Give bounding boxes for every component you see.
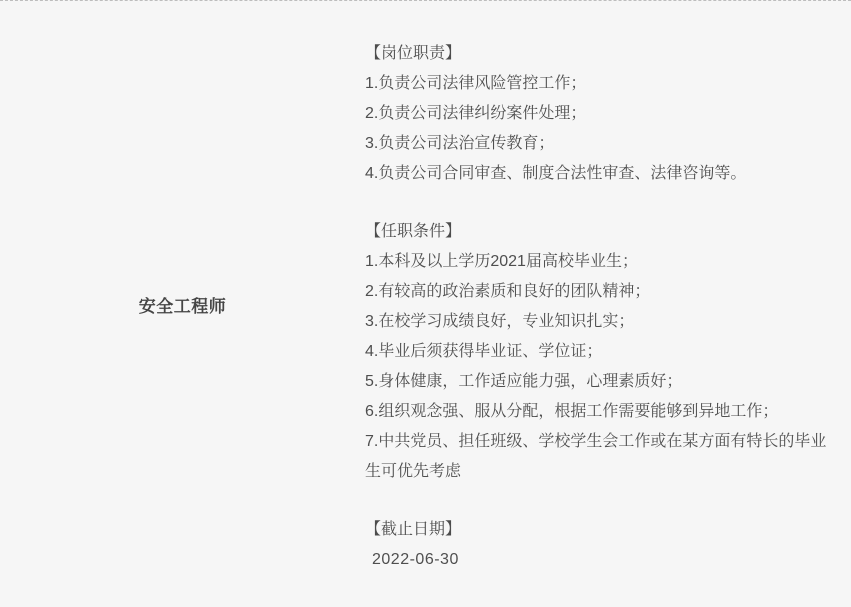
section-heading-requirements: 【任职条件】: [365, 217, 839, 247]
job-title: 安全工程师: [139, 292, 227, 317]
section-deadline: 【截止日期】 2022-06-30: [365, 515, 839, 575]
section-responsibilities: 【岗位职责】 1.负责公司法律风险管控工作； 2.负责公司法律纠纷案件处理； 3…: [365, 39, 839, 189]
responsibility-item: 2.负责公司法律纠纷案件处理；: [365, 99, 839, 129]
requirement-item: 3.在校学习成绩良好，专业知识扎实；: [365, 307, 839, 337]
job-title-column: 安全工程师: [0, 1, 365, 607]
responsibility-item: 1.负责公司法律风险管控工作；: [365, 69, 839, 99]
requirement-item: 1.本科及以上学历2021届高校毕业生；: [365, 247, 839, 277]
responsibility-item: 3.负责公司法治宣传教育；: [365, 129, 839, 159]
requirement-item: 2.有较高的政治素质和良好的团队精神；: [365, 277, 839, 307]
deadline-date: 2022-06-30: [365, 545, 839, 575]
requirement-item: 6.组织观念强、服从分配，根据工作需要能够到异地工作；: [365, 397, 839, 427]
section-heading-responsibilities: 【岗位职责】: [365, 39, 839, 69]
job-posting-row: 安全工程师 【岗位职责】 1.负责公司法律风险管控工作； 2.负责公司法律纠纷案…: [0, 0, 851, 607]
section-requirements: 【任职条件】 1.本科及以上学历2021届高校毕业生； 2.有较高的政治素质和良…: [365, 217, 839, 487]
section-spacer: [365, 189, 839, 217]
section-heading-deadline: 【截止日期】: [365, 515, 839, 545]
job-detail-column: 【岗位职责】 1.负责公司法律风险管控工作； 2.负责公司法律纠纷案件处理； 3…: [365, 1, 851, 607]
requirement-item: 5.身体健康，工作适应能力强，心理素质好；: [365, 367, 839, 397]
requirement-item: 4.毕业后须获得毕业证、学位证；: [365, 337, 839, 367]
section-spacer: [365, 487, 839, 515]
requirement-item: 7.中共党员、担任班级、学校学生会工作或在某方面有特长的毕业生可优先考虑: [365, 427, 839, 487]
responsibility-item: 4.负责公司合同审查、制度合法性审查、法律咨询等。: [365, 159, 839, 189]
